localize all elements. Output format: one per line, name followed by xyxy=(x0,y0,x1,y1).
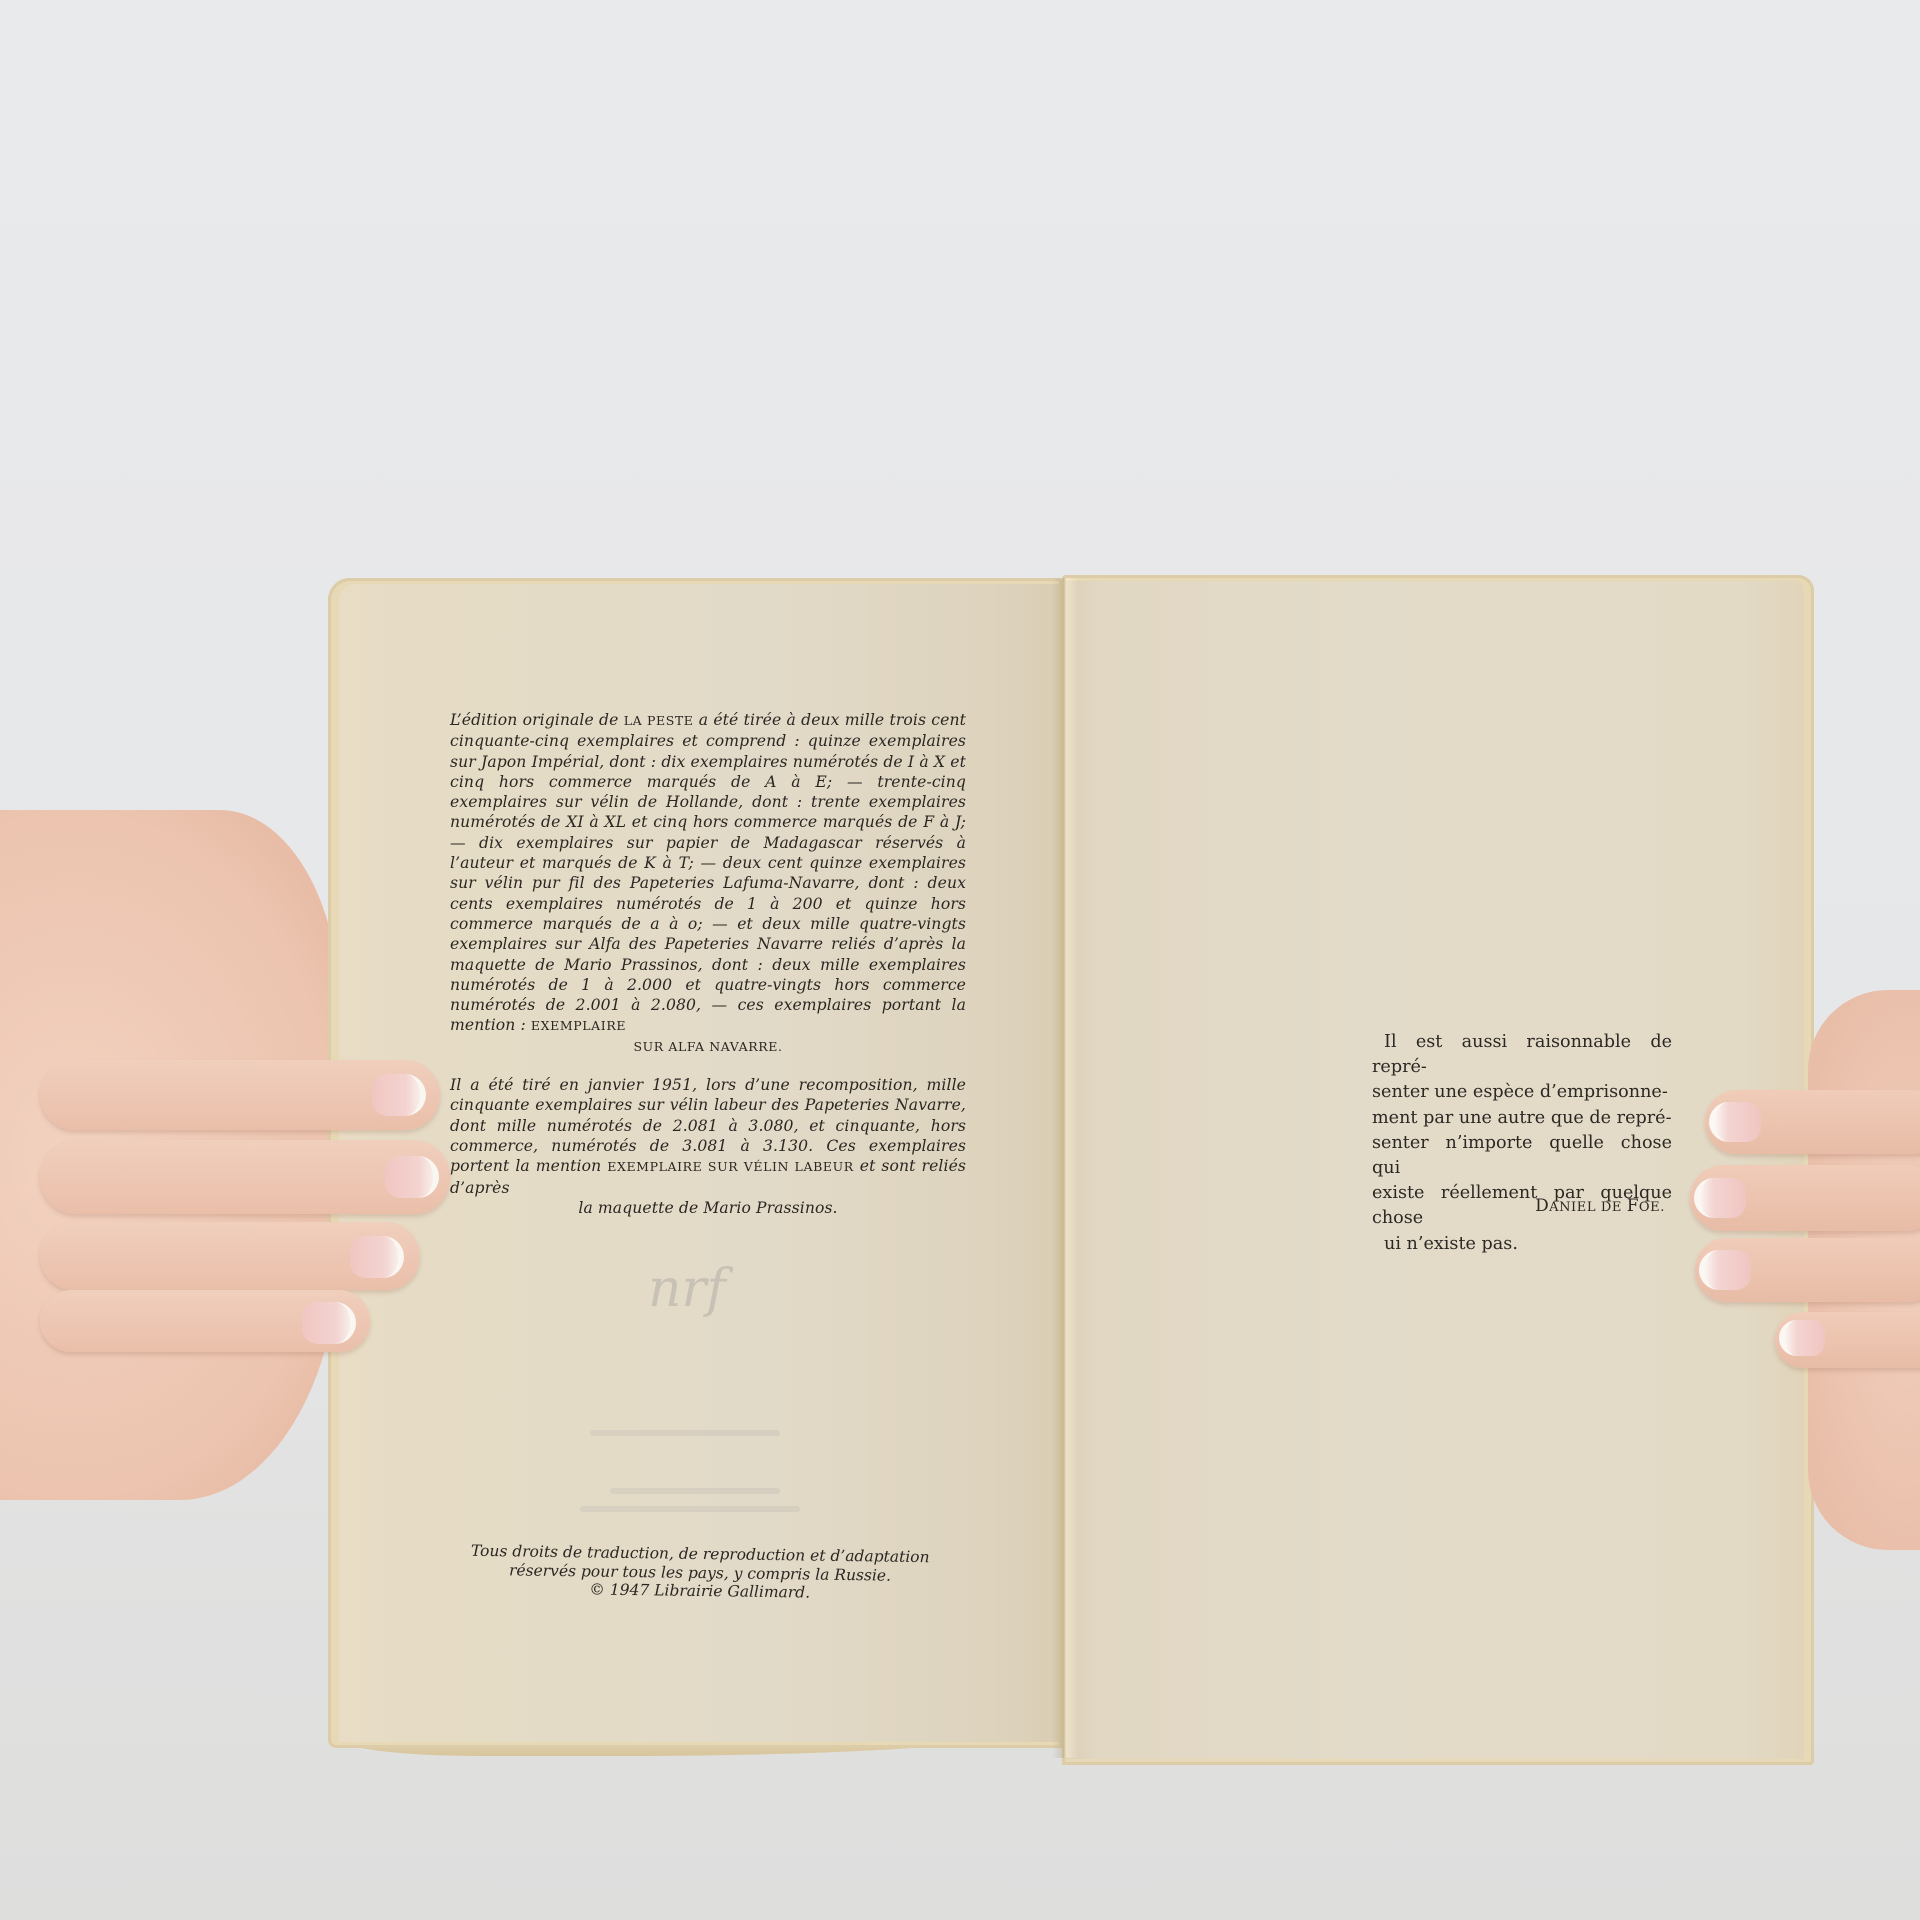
colophon-paragraph-1: L’édition originale de LA PESTE a été ti… xyxy=(450,710,966,1057)
finger xyxy=(1705,1090,1920,1154)
fingernail xyxy=(372,1074,426,1116)
show-through-line xyxy=(580,1506,800,1512)
rights-notice: Tous droits de traduction, de reproducti… xyxy=(470,1542,931,1604)
fingernail xyxy=(1709,1102,1761,1142)
show-through-line xyxy=(610,1488,780,1494)
fingernail xyxy=(1699,1250,1751,1290)
book-title: LA PESTE xyxy=(624,713,694,728)
nrf-logo-show-through: nrf xyxy=(648,1262,718,1316)
finger xyxy=(1775,1312,1920,1368)
fingernail xyxy=(350,1236,404,1278)
fingernail xyxy=(385,1156,439,1198)
open-book: L’édition originale de LA PESTE a été ti… xyxy=(0,0,1920,1920)
finger xyxy=(1695,1238,1920,1302)
epigraph-attribution: DANIEL DE FOE. xyxy=(1465,1196,1665,1216)
fingernail xyxy=(302,1302,356,1344)
colophon-paragraph-2: Il a été tiré en janvier 1951, lors d’un… xyxy=(450,1075,966,1218)
finger xyxy=(40,1140,450,1214)
show-through-line xyxy=(590,1430,780,1436)
book-gutter xyxy=(1052,578,1078,1758)
colophon-text: L’édition originale de LA PESTE a été ti… xyxy=(450,710,966,1236)
finger xyxy=(40,1290,370,1352)
fingernail xyxy=(1694,1178,1746,1218)
fingernail xyxy=(1779,1320,1825,1356)
finger xyxy=(40,1222,420,1290)
epigraph-quote: Il est aussi raisonnable de repré- sente… xyxy=(1372,1030,1672,1257)
finger xyxy=(1690,1165,1920,1231)
finger xyxy=(40,1060,440,1130)
